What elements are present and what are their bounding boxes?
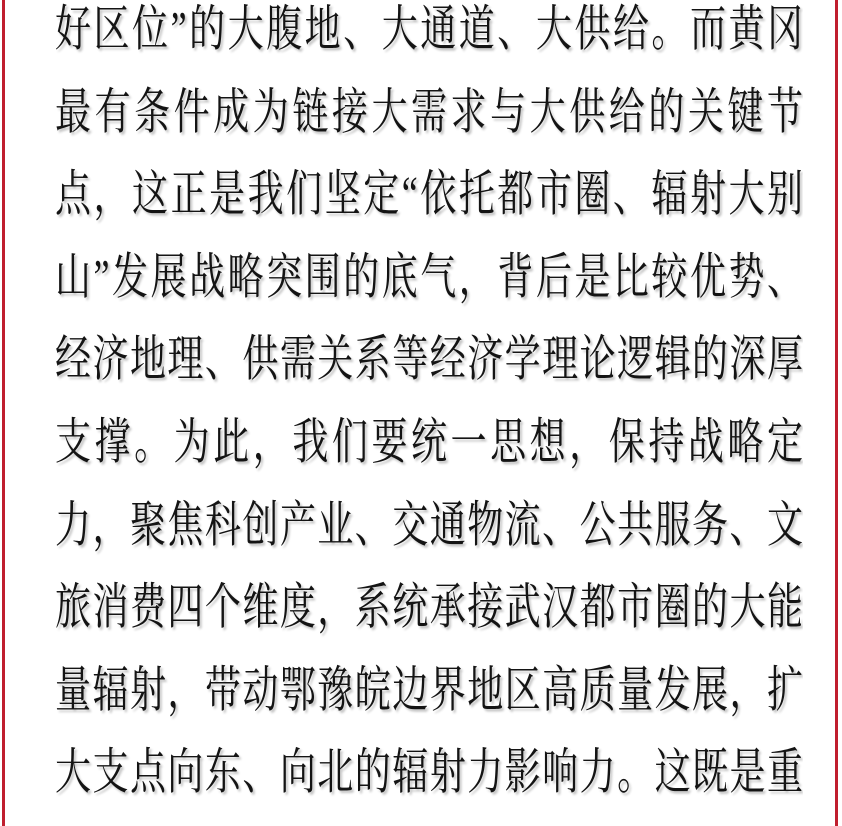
- page-border-left: [2, 0, 5, 826]
- page-border-right: [835, 0, 838, 826]
- paragraph-text: 好区位”的大腹地、大通道、大供给。而黄冈 最有条件成为链接大需求与大供给的关键节…: [55, 0, 803, 814]
- document-page: 好区位”的大腹地、大通道、大供给。而黄冈 最有条件成为链接大需求与大供给的关键节…: [0, 0, 842, 826]
- text-line: 大支点向东、向北的辐射力影响力。这既是重: [55, 716, 803, 826]
